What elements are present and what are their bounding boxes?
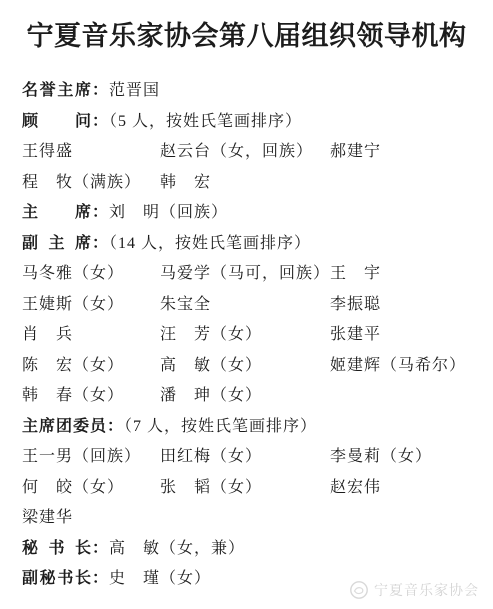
advisors-names-row-2: 程 牧（满族） 韩 宏 — [22, 168, 487, 199]
label-colon: ： — [92, 204, 109, 221]
role-label: 主席团委员 — [22, 412, 107, 443]
person-name: 汪 芳（女） — [160, 320, 330, 351]
document-title: 宁夏音乐家协会第八届组织领导机构 — [0, 14, 493, 53]
person-name: 王一男（回族） — [22, 442, 160, 473]
label-colon: ： — [92, 82, 109, 99]
label-colon: ： — [92, 113, 109, 130]
row-presidium-members: 主席团委员：（7 人，按姓氏笔画排序） — [22, 412, 487, 443]
role-label: 秘书长 — [22, 534, 92, 565]
watermark: 宁夏音乐家协会 — [349, 580, 479, 600]
role-content: 范晋国 — [109, 82, 160, 99]
presidium-names-row-1: 王一男（回族） 田红梅（女） 李曼莉（女） — [22, 442, 487, 473]
label-colon: ： — [92, 540, 109, 557]
role-label: 顾问 — [22, 107, 92, 138]
person-name: 陈 宏（女） — [22, 351, 160, 382]
person-name — [330, 381, 487, 412]
person-name: 赵宏伟 — [330, 473, 487, 504]
person-name: 何 皎（女） — [22, 473, 160, 504]
person-name — [330, 503, 487, 534]
label-colon: ： — [92, 570, 109, 587]
vice-chairmen-names-row-1: 马冬雅（女） 马爱学（马可，回族） 王 宇 — [22, 259, 487, 290]
person-name: 张建平 — [330, 320, 487, 351]
role-label: 副主席 — [22, 229, 92, 260]
person-name: 程 牧（满族） — [22, 168, 160, 199]
role-content: 刘 明（回族） — [109, 204, 228, 221]
watermark-text: 宁夏音乐家协会 — [374, 580, 479, 600]
label-colon: ： — [92, 235, 109, 252]
advisors-names-row-1: 王得盛 赵云台（女，回族） 郝建宁 — [22, 137, 487, 168]
row-advisors: 顾问：（5 人，按姓氏笔画排序） — [22, 107, 487, 138]
vice-chairmen-names-row-2: 王婕斯（女） 朱宝全 李振聪 — [22, 290, 487, 321]
person-name: 赵云台（女，回族） — [160, 137, 330, 168]
vice-chairmen-names-row-3: 肖 兵 汪 芳（女） 张建平 — [22, 320, 487, 351]
role-label: 主席 — [22, 198, 92, 229]
person-name: 梁建华 — [22, 503, 160, 534]
vice-chairmen-names-row-5: 韩 春（女） 潘 珅（女） — [22, 381, 487, 412]
role-content: 高 敏（女，兼） — [109, 540, 245, 557]
person-name: 韩 宏 — [160, 168, 330, 199]
person-name: 潘 珅（女） — [160, 381, 330, 412]
person-name: 李振聪 — [330, 290, 487, 321]
person-name: 马爱学（马可，回族） — [160, 259, 330, 290]
person-name: 李曼莉（女） — [330, 442, 487, 473]
person-name: 王 宇 — [330, 259, 487, 290]
row-chairman: 主席：刘 明（回族） — [22, 198, 487, 229]
row-secretary-general: 秘书长：高 敏（女，兼） — [22, 534, 487, 565]
person-name: 王得盛 — [22, 137, 160, 168]
person-name: 朱宝全 — [160, 290, 330, 321]
presidium-names-row-3: 梁建华 — [22, 503, 487, 534]
person-name: 高 敏（女） — [160, 351, 330, 382]
vice-chairmen-names-row-4: 陈 宏（女） 高 敏（女） 姬建辉（马希尔） — [22, 351, 487, 382]
person-name: 王婕斯（女） — [22, 290, 160, 321]
person-name: 郝建宁 — [330, 137, 487, 168]
role-label: 名誉主席 — [22, 76, 92, 107]
role-label: 副秘书长 — [22, 564, 92, 595]
person-name: 张 韬（女） — [160, 473, 330, 504]
leadership-list: 名誉主席：范晋国 顾问：（5 人，按姓氏笔画排序） 王得盛 赵云台（女，回族） … — [22, 76, 487, 595]
person-name: 马冬雅（女） — [22, 259, 160, 290]
association-logo-icon — [349, 580, 369, 600]
role-content: （5 人，按姓氏笔画排序） — [109, 113, 302, 130]
label-colon: ： — [107, 418, 124, 435]
row-honorary-chairman: 名誉主席：范晋国 — [22, 76, 487, 107]
person-name — [160, 503, 330, 534]
person-name — [330, 168, 487, 199]
role-content: （7 人，按姓氏笔画排序） — [124, 418, 317, 435]
person-name: 姬建辉（马希尔） — [330, 351, 487, 382]
role-content: （14 人，按姓氏笔画排序） — [109, 235, 311, 252]
person-name: 韩 春（女） — [22, 381, 160, 412]
person-name: 田红梅（女） — [160, 442, 330, 473]
row-vice-chairmen: 副主席：（14 人，按姓氏笔画排序） — [22, 229, 487, 260]
person-name: 肖 兵 — [22, 320, 160, 351]
presidium-names-row-2: 何 皎（女） 张 韬（女） 赵宏伟 — [22, 473, 487, 504]
document-page: 宁夏音乐家协会第八届组织领导机构 名誉主席：范晋国 顾问：（5 人，按姓氏笔画排… — [0, 0, 493, 609]
role-content: 史 瑾（女） — [109, 570, 211, 587]
